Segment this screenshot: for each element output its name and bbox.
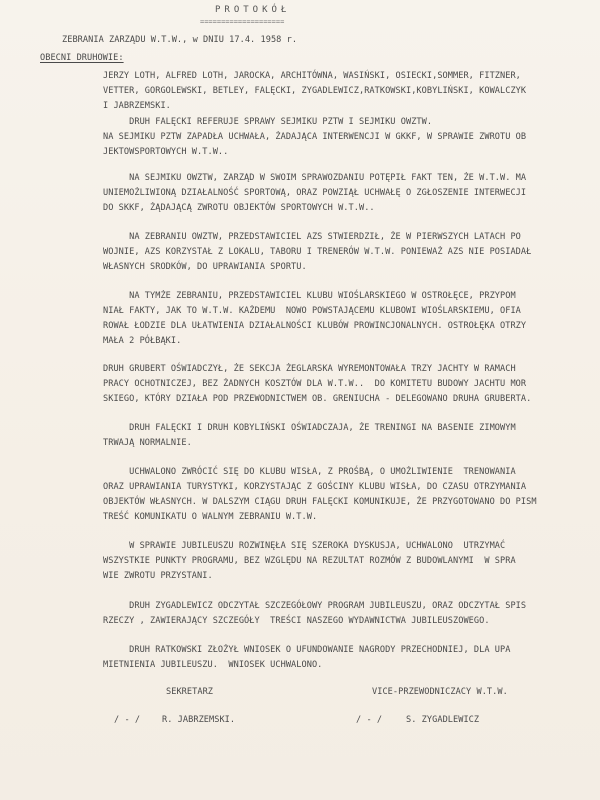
paragraph-line: NA TYMŻE ZEBRANIU, PRZEDSTAWICIEL KLUBU … <box>103 291 516 301</box>
paragraph-line: UNIEMOŻLIWIONĄ DZIAŁALNOŚĆ SPORTOWĄ, ORA… <box>103 188 526 198</box>
document-title: PROTOKÓŁ <box>215 5 290 15</box>
secretary-role: SEKRETARZ <box>166 687 213 697</box>
secretary-signature-mark: / - / <box>114 715 140 725</box>
document-page: PROTOKÓŁ ==================== ZEBRANIA Z… <box>0 0 600 800</box>
paragraph-line: ORAZ UPRAWIANIA TURYSTYKI, KORZYSTAJĄC Z… <box>103 482 526 492</box>
paragraph-line: DRUH GRUBERT OŚWIADCZYŁ, ŻE SEKCJA ŻEGLA… <box>103 364 516 374</box>
vice-chair-name: S. ZYGADLEWICZ <box>406 715 479 725</box>
present-line: VETTER, GORGOLEWSKI, BETLEY, FALĘCKI, ZY… <box>103 86 526 96</box>
paragraph-line: DO SKKF, ŻĄDAJĄCĄ ZWROTU OBJEKTÓW SPORTO… <box>103 203 375 213</box>
paragraph-line: WOJNIE, AZS KORZYSTAŁ Z LOKALU, TABORU I… <box>103 247 531 257</box>
paragraph-line: JEKTOWSPORTOWYCH W.T.W.. <box>103 147 228 157</box>
paragraph-line: TRWAJĄ NORMALNIE. <box>103 438 192 448</box>
paragraph-line: MIETNIENIA JUBILEUSZU. WNIOSEK UCHWALONO… <box>103 660 322 670</box>
paragraph-line: W SPRAWIE JUBILEUSZU ROZWINĘŁA SIĘ SZERO… <box>103 541 505 551</box>
paragraph-line: PRACY OCHOTNICZEJ, BEZ ŻADNYCH KOSZTÓW D… <box>103 379 526 389</box>
paragraph-line: DRUH ZYGADLEWICZ ODCZYTAŁ SZCZEGÓŁOWY PR… <box>103 601 526 611</box>
vice-chair-signature-mark: / - / <box>356 715 382 725</box>
paragraph-line: ROWAŁ ŁODZIE DLA UŁATWIENIA DZIAŁALNOŚCI… <box>103 321 526 331</box>
meeting-subtitle: ZEBRANIA ZARZĄDU W.T.W., w DNIU 17.4. 19… <box>62 35 297 45</box>
paragraph-line: TREŚĆ KOMUNIKATU O WALNYM ZEBRANIU W.T.W… <box>103 512 317 522</box>
paragraph-line: UCHWALONO ZWRÓCIĆ SIĘ DO KLUBU WISŁA, Z … <box>103 467 516 477</box>
paragraph-line: SKIEGO, KTÓRY DZIAŁA POD PRZEWODNICTWEM … <box>103 394 531 404</box>
secretary-name: R. JABRZEMSKI. <box>162 715 235 725</box>
paragraph-line: WŁASNYCH SRODKÓW, DO UPRAWIANIA SPORTU. <box>103 262 307 272</box>
paragraph-line: RZECZY , ZAWIERAJĄCY SZCZEGÓŁY TREŚCI NA… <box>103 616 490 626</box>
paragraph-line: NA SEJMIKU PZTW ZAPADŁA UCHWAŁA, ŻADAJĄC… <box>103 132 526 142</box>
paragraph-line: MAŁA 2 PÓŁBĄKI. <box>103 336 181 346</box>
present-heading: OBECNI DRUHOWIE: <box>40 53 124 63</box>
paragraph-line: OBJEKTÓW WŁASNYCH. W DALSZYM CIĄGU DRUH … <box>103 497 537 507</box>
present-line: JERZY LOTH, ALFRED LOTH, JAROCKA, ARCHIT… <box>103 71 521 81</box>
paragraph-line: DRUH RATKOWSKI ZŁOŻYŁ WNIOSEK O UFUNDOWA… <box>103 645 510 655</box>
present-line: I JABRZEMSKI. <box>103 101 171 111</box>
paragraph-line: NA SEJMIKU OWZTW, ZARZĄD W SWOIM SPRAWOZ… <box>103 173 526 183</box>
paragraph-line: DRUH FALĘCKI REFERUJE SPRAWY SEJMIKU PZT… <box>103 117 432 127</box>
title-underline-rule: ==================== <box>200 17 284 27</box>
paragraph-line: NA ZEBRANIU OWZTW, PRZEDSTAWICIEL AZS ST… <box>103 232 521 242</box>
paragraph-line: NIAŁ FAKTY, JAK TO W.T.W. KAŻDEMU NOWO P… <box>103 306 521 316</box>
paragraph-line: DRUH FALĘCKI I DRUH KOBYLIŃSKI OŚWIADCZA… <box>103 423 516 433</box>
paragraph-line: WSZYSTKIE PUNKTY PROGRAMU, BEZ WZGLĘDU N… <box>103 556 516 566</box>
vice-chair-role: VICE-PRZEWODNICZACY W.T.W. <box>372 687 508 697</box>
paragraph-line: WIE ZWROTU PRZYSTANI. <box>103 571 213 581</box>
